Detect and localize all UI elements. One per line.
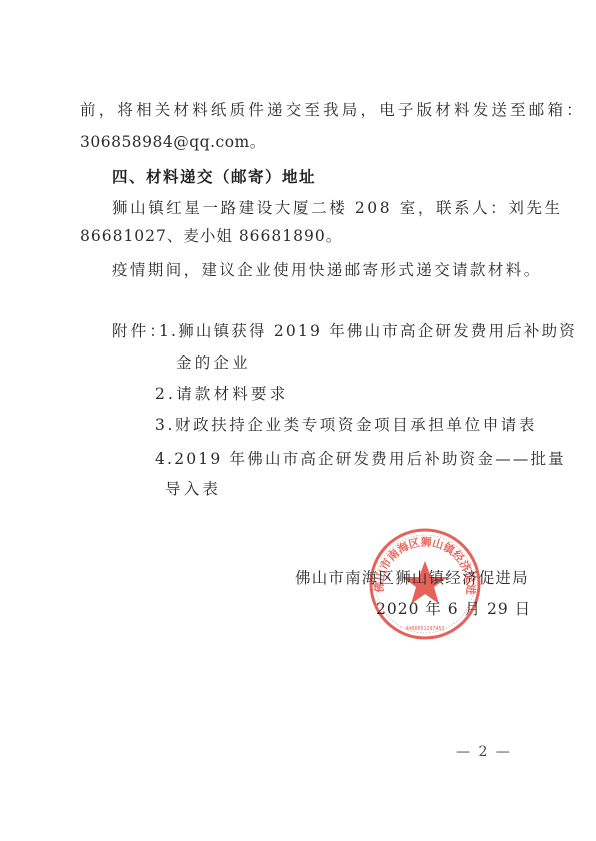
- attachment-item-1-cont: 金的企业: [176, 353, 251, 373]
- attachment-item-3: 3.财政扶持企业类专项资金项目承担单位申请表: [155, 415, 537, 435]
- paragraph-line: 前，将相关材料纸质件递交至我局，电子版材料发送至邮箱：: [80, 100, 585, 120]
- attachment-item-4: 4.2019 年佛山市高企研发费用后补助资金——批量: [155, 449, 566, 469]
- attachment-item-2: 2.请款材料要求: [155, 384, 288, 404]
- email-line: 306858984@qq.com。: [80, 132, 266, 152]
- epidemic-note: 疫情期间，建议企业使用快递邮寄形式递交请款材料。: [112, 260, 542, 280]
- address-line: 狮山镇红星一路建设大厦二楼 208 室，联系人：刘先生: [112, 198, 563, 218]
- svg-text:4406051297453: 4406051297453: [405, 626, 444, 632]
- section-heading: 四、材料递交（邮寄）地址: [112, 167, 316, 187]
- signature-date: 2020 年 6 月 29 日: [376, 599, 531, 619]
- attachment-item-4-cont: 导入表: [165, 479, 221, 499]
- attachment-item-1: 1.狮山镇获得 2019 年佛山市高企研发费用后补助资: [159, 321, 577, 341]
- page-number: — 2 —: [456, 744, 512, 760]
- signature-organization: 佛山市南海区狮山镇经济促进局: [295, 568, 529, 588]
- contact-line: 86681027、麦小姐 86681890。: [80, 226, 342, 246]
